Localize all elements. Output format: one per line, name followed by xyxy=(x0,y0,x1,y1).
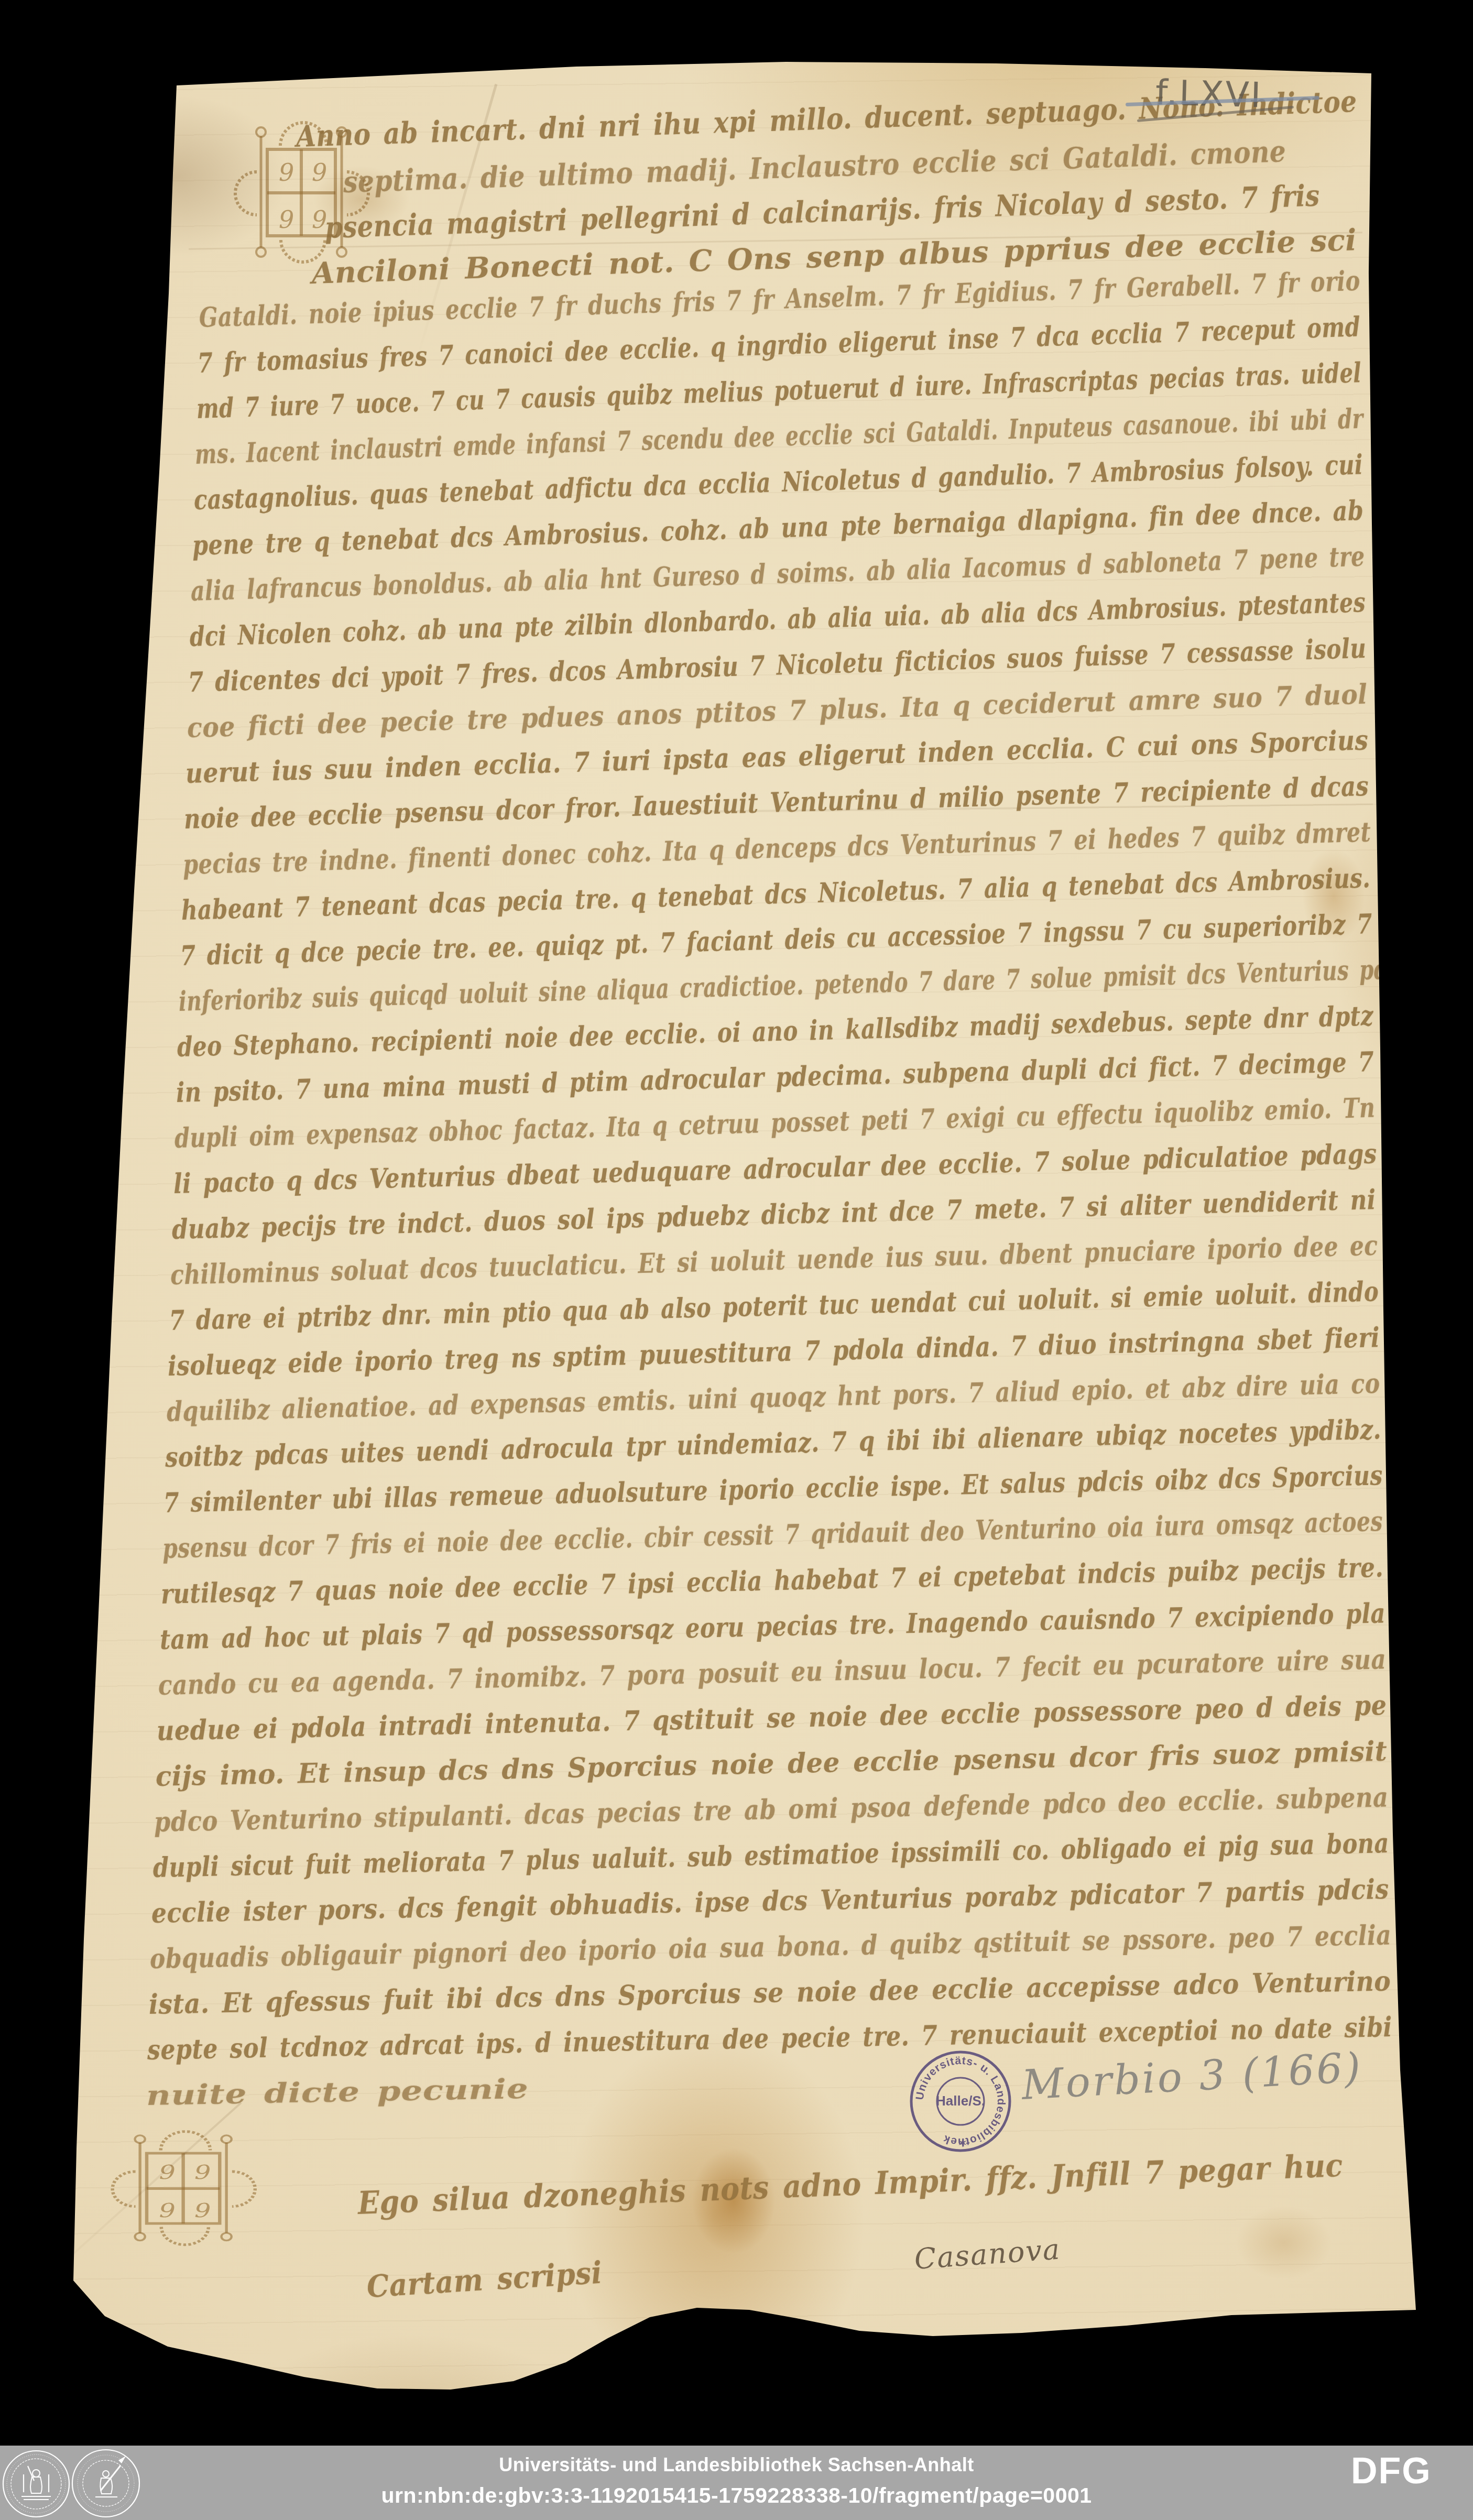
footer-bar: Universitäts- und Landesbibliothek Sachs… xyxy=(0,2446,1473,2520)
notary-subscription-line: Ego silua dzoneghis nots adno Impir. ffz… xyxy=(357,2147,1344,2222)
shelfmark-note-morbio: Morbio 3 (166) xyxy=(1021,2044,1364,2109)
sign-cell: 9 xyxy=(194,2161,211,2184)
manuscript-line: pdco Venturino stipulanti. dcas pecias t… xyxy=(154,1781,1389,1838)
viewer-canvas: 9 9 9 9 xyxy=(0,0,1473,2520)
manuscript-line: obquadis obligauir pignori deo iporio oi… xyxy=(149,1919,1391,1975)
notarial-sign-bottom: 9 9 9 9 xyxy=(107,2117,265,2253)
sign-cell: 9 xyxy=(312,158,327,187)
sign-cell: 9 xyxy=(159,2199,176,2222)
parchment-charter: 9 9 9 9 xyxy=(0,0,1473,2520)
stain xyxy=(1216,2190,1352,2295)
library-stamp: Universitäts- u. Landesbibliothek Halle/… xyxy=(903,2044,1018,2159)
sign-cell: 9 xyxy=(279,158,294,187)
manuscript-line: dupli sicut fuit meliorata 7 plus ualuit… xyxy=(152,1827,1389,1884)
notary-subscription-line: Cartam scripsi xyxy=(366,2255,603,2305)
folio-number-note: f.LXVI xyxy=(1155,72,1263,115)
manuscript-line: ecclie ister pors. dcs fengit obhuadis. … xyxy=(151,1873,1389,1929)
library-credit-text: Universitäts- und Landesbibliothek Sachs… xyxy=(0,2454,1473,2476)
manuscript-line: uedue ei pdola intradi intenuta. 7 qstit… xyxy=(156,1689,1387,1747)
dfg-logo: DFG xyxy=(1351,2450,1432,2492)
manuscript-line: cijs imo. Et insup dcs dns Sporcius noie… xyxy=(155,1736,1387,1793)
manuscript-line: ista. Et qfessus fuit ibi dcs dns Sporci… xyxy=(148,1965,1391,2021)
urn-identifier-text: urn:nbn:de:gbv:3:3-1192015415-1759228338… xyxy=(0,2483,1473,2508)
manuscript-line: nuite dicte pecunie xyxy=(146,2073,528,2112)
place-note-casanova: Casanova xyxy=(913,2233,1062,2276)
stamp-bottom-mark-icon: ✶ xyxy=(957,2136,968,2151)
sign-cell: 9 xyxy=(194,2199,211,2222)
stamp-center-text: Halle/S. xyxy=(936,2093,985,2109)
sign-cell: 9 xyxy=(159,2161,176,2184)
sign-cell: 9 xyxy=(279,205,294,234)
